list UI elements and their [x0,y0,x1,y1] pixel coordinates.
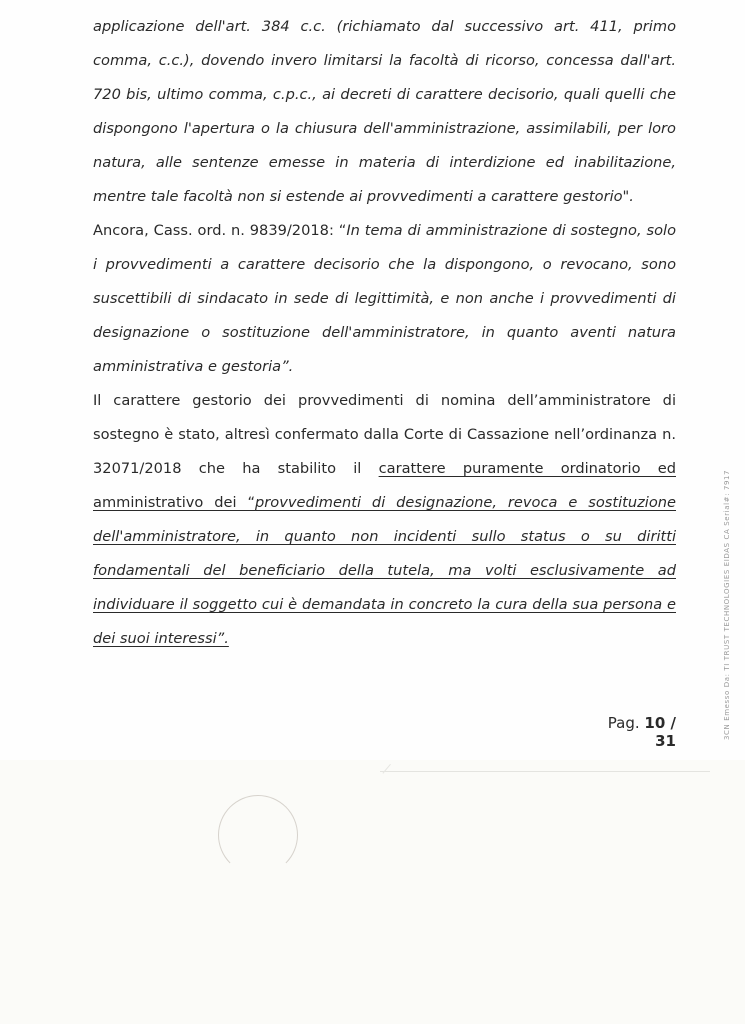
text-segment: individuare il soggetto cui è demandata … [93,596,676,613]
text-segment: natura, alle sentenze emesse in materia … [93,154,676,171]
text-segment: carattere puramente ordinatorio ed [379,460,676,477]
text-line: Ancora, Cass. ord. n. 9839/2018: “In tem… [93,214,676,248]
text-line: 720 bis, ultimo comma, c.p.c., ai decret… [93,78,676,112]
page-number: Pag. 10 / 31 [585,714,676,750]
text-segment: 32071/2018 che ha stabilito il [93,460,379,477]
text-line: i provvedimenti a carattere decisorio ch… [93,248,676,282]
text-segment: sostegno è stato, altresì confermato dal… [93,426,676,443]
text-line: dell'amministratore, in quanto non incid… [93,520,676,554]
text-segment: dispongono l'apertura o la chiusura dell… [93,120,676,137]
text-segment: mentre tale facoltà non si estende ai pr… [93,188,634,205]
text-line: dispongono l'apertura o la chiusura dell… [93,112,676,146]
text-segment: amministrativa e gestoria”. [93,358,293,375]
page-label: Pag. [608,714,640,732]
text-line: designazione o sostituzione dell'amminis… [93,316,676,350]
text-segment: 720 bis, ultimo comma, c.p.c., ai decret… [93,86,676,103]
fold-line [380,771,710,772]
page-separator: / [665,714,676,732]
text-line: dei suoi interessi”. [93,622,676,656]
text-segment: i provvedimenti a carattere decisorio ch… [93,256,676,273]
text-line: applicazione dell'art. 384 c.c. (richiam… [93,10,676,44]
text-line: comma, c.c.), dovendo invero limitarsi l… [93,44,676,78]
text-line: mentre tale facoltà non si estende ai pr… [93,180,676,214]
text-line: individuare il soggetto cui è demandata … [93,588,676,622]
text-line: amministrativa e gestoria”. [93,350,676,384]
text-line: 32071/2018 che ha stabilito il carattere… [93,452,676,486]
text-segment: suscettibili di sindacato in sede di leg… [93,290,676,307]
text-line: Il carattere gestorio dei provvedimenti … [93,384,676,418]
stamp-circle-mark [218,795,298,875]
document-body: applicazione dell'art. 384 c.c. (richiam… [93,10,676,656]
text-segment: provvedimenti di designazione, revoca e … [255,494,676,511]
text-segment: Il carattere gestorio dei provvedimenti … [93,392,676,409]
text-line: suscettibili di sindacato in sede di leg… [93,282,676,316]
text-segment: applicazione dell'art. 384 c.c. (richiam… [93,18,676,35]
text-segment: designazione o sostituzione dell'amminis… [93,324,676,341]
text-segment: dei suoi interessi”. [93,630,229,647]
text-line: fondamentali del beneficiario della tute… [93,554,676,588]
blank-page-area [0,760,745,1024]
page-current: 10 [644,714,665,732]
text-segment: dell'amministratore, in quanto non incid… [93,528,676,545]
text-line: natura, alle sentenze emesse in materia … [93,146,676,180]
page-total: 31 [655,732,676,750]
text-segment: amministrativo dei “ [93,494,255,511]
text-segment: Ancora, Cass. ord. n. 9839/2018: “ [93,222,346,239]
text-line: amministrativo dei “provvedimenti di des… [93,486,676,520]
signature-stamp: 3CN Emesso Da: TI TRUST TECHNOLOGIES EID… [723,470,731,740]
text-segment: In tema di amministrazione di sostegno, … [346,222,676,239]
text-segment: comma, c.c.), dovendo invero limitarsi l… [93,52,676,69]
text-segment: fondamentali del beneficiario della tute… [93,562,676,579]
text-line: sostegno è stato, altresì confermato dal… [93,418,676,452]
